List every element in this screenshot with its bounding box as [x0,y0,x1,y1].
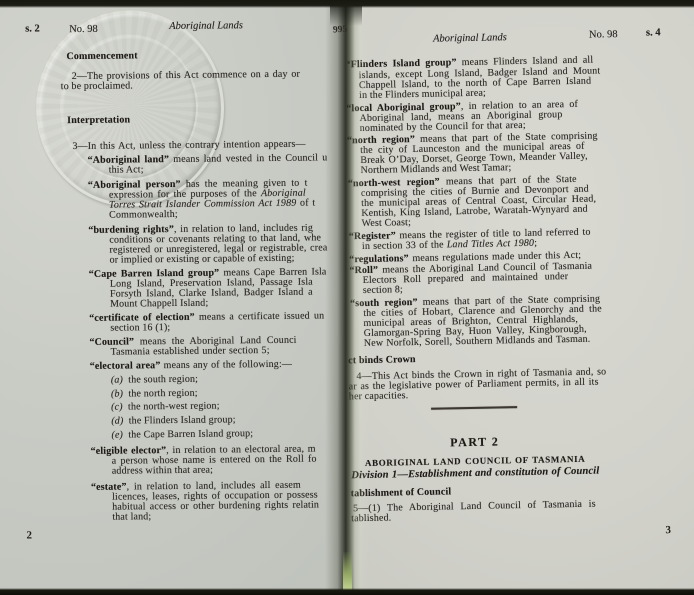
right-header-section-ref: s. 4 [646,27,661,38]
text-segment: section 8; [363,284,403,296]
text-segment: ct binds Crown [348,354,416,366]
text-line: West Coast; [361,217,411,229]
text-line: in the Flinders municipal area; [359,88,486,101]
right-page: Aboriginal Lands No. 98 s. 4 “Flinders I… [347,0,694,595]
right-header-running-title: Aboriginal Lands [433,32,507,44]
text-segment: in section 33 of the [362,239,447,252]
text-segment: ; [534,238,537,249]
text-line: (c) the north-west region; [111,401,220,413]
seal-outer-ring [35,9,225,207]
year-fragment: 995 [333,25,348,36]
text-line: tablishment of Council [351,486,452,499]
text-segment: the Cape Barren Island group; [123,428,253,440]
text-line: in section 33 of the Land Titles Act 198… [362,238,537,252]
left-page-text: Commencement2—The provisions of this Act… [0,0,344,2]
left-page: s. 2 No. 98 Aboriginal Lands Commencemen… [0,0,347,595]
text-line: or implied or existing or capable of exi… [110,253,295,266]
text-line: this Act; [109,164,144,175]
book-photo: s. 2 No. 98 Aboriginal Lands Commencemen… [0,0,694,595]
text-line: section 8; [363,284,403,296]
right-page-text: “Flinders Island group” means Flinders I… [347,0,688,3]
text-line: ct binds Crown [348,354,416,366]
left-page-number: 2 [26,529,32,541]
text-segment: Mount Chappell Island; [110,298,208,310]
text-line: (a) the south region; [111,374,198,386]
text-segment: tablishment of Council [351,486,452,499]
text-line: (e) the Cape Barren Island group; [111,428,253,440]
text-segment: (b) [111,389,123,400]
text-segment: Interpretation [67,114,130,126]
text-segment: the north-west region; [123,401,220,413]
right-header-act-number: No. 98 [589,29,618,41]
text-segment: means land vested in the Council u [169,152,327,165]
section-divider [431,406,517,410]
text-line: section 16 (1); [110,322,170,334]
text-segment: the Flinders Island group; [123,414,235,426]
text-segment: to be proclaimed. [61,80,133,92]
left-header-running-title: Aboriginal Lands [169,20,243,32]
text-line: Northern Midlands and West Tamar; [360,162,511,176]
text-segment: means any of the following:— [160,359,292,371]
text-line: (b) the north region; [111,388,198,400]
text-segment: tablished. [351,513,391,525]
text-segment: (a) [111,375,123,386]
text-line: her capacities. [349,390,409,402]
left-header-act-number: No. 98 [69,24,98,35]
text-line: to be proclaimed. [61,80,133,92]
text-line: Commencement [66,50,137,62]
text-segment: Tasmania established under section 5; [111,345,270,358]
text-line: 3—In this Act, unless the contrary inten… [72,139,305,152]
text-segment: her capacities. [349,390,409,402]
text-segment: (e) [111,430,123,441]
left-header-section-ref: s. 2 [25,23,40,34]
text-line: that land; [112,511,151,522]
text-segment: means a certificate issued un [195,310,325,322]
text-segment: that land; [112,511,151,522]
text-segment: PART 2 [450,434,499,449]
text-segment: Land Titles Act 1980 [447,238,535,251]
text-segment: section 16 (1); [110,322,170,334]
text-segment: 3—In this Act, unless the contrary inten… [72,139,305,152]
text-line: (d) the Flinders Island group; [111,414,235,426]
text-segment: West Coast; [361,217,411,229]
text-segment: in the Flinders municipal area; [359,88,486,101]
text-segment: address within that area; [112,465,213,477]
text-line: Tasmania established under section 5; [111,345,270,358]
text-segment: the south region; [123,374,198,386]
text-segment: the north region; [123,388,198,400]
text-segment: Commonwealth; [109,209,178,221]
text-segment: or implied or existing or capable of exi… [110,253,295,266]
right-page-number: 3 [665,524,671,536]
text-segment: (c) [111,402,123,413]
text-segment: of t [296,198,315,209]
text-segment: this Act; [109,164,144,175]
text-line: Commonwealth; [109,209,178,221]
text-line: “electoral area” means any of the follow… [90,359,292,372]
text-segment: Northern Midlands and West Tamar; [360,162,511,176]
text-line: tablished. [351,513,391,525]
text-segment: (d) [111,416,123,427]
text-line: PART 2 [350,435,600,451]
text-line: Mount Chappell Island; [110,298,208,310]
text-line: Interpretation [67,114,130,126]
text-segment: Commencement [66,50,137,62]
text-segment: “electoral area” [90,360,161,372]
text-line: address within that area; [112,465,213,477]
